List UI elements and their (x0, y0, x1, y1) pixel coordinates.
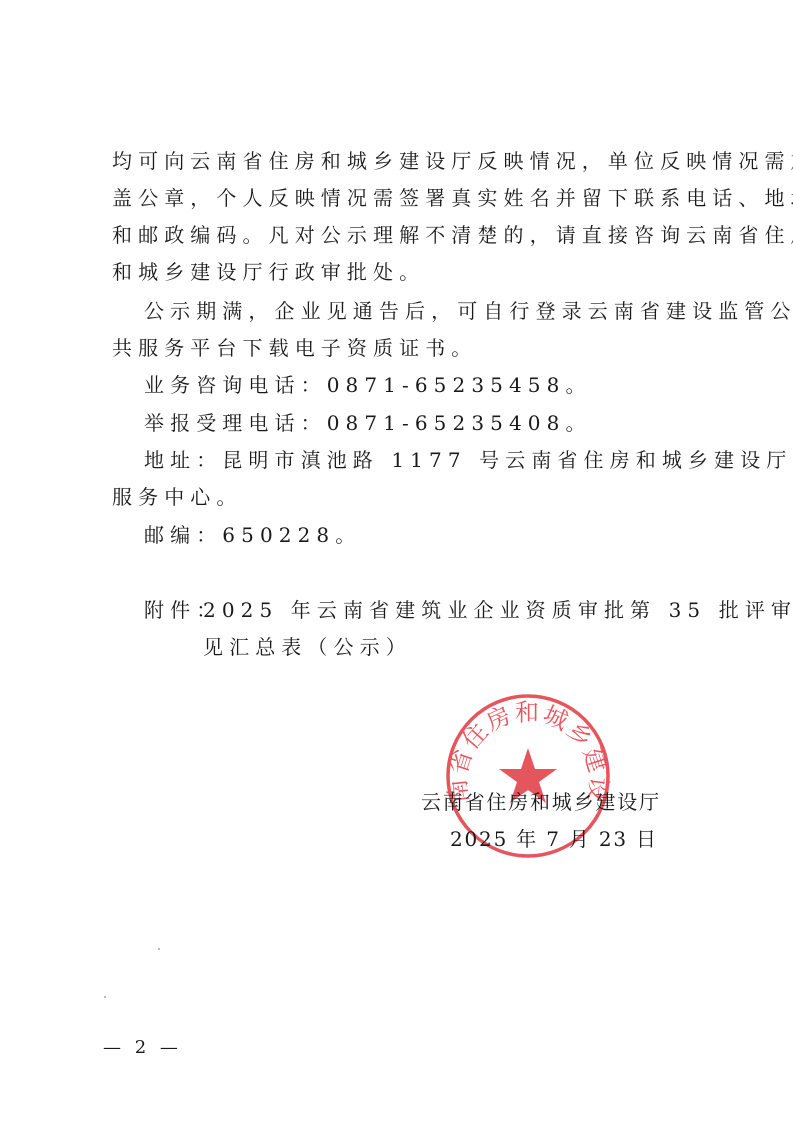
paragraph-2-line-2: 共服务平台下载电子资质证书。 (112, 335, 477, 361)
signature-date: 2025 年 7 月 23 日 (450, 826, 658, 852)
page-number: — 2 — (103, 1037, 182, 1058)
business-phone: 业务咨询电话：0871-65235458。 (144, 372, 592, 398)
report-phone: 举报受理电话：0871-65235408。 (144, 410, 592, 436)
attachment-title-line-1: 2025 年云南省建筑业企业资质审批第 35 批评审意 (203, 597, 793, 623)
paragraph-2-line-1: 公示期满，企业见通告后，可自行登录云南省建设监管公 (144, 298, 793, 324)
document-page: 均可向云南省住房和城乡建设厅反映情况，单位反映情况需加 盖公章，个人反映情况需签… (0, 0, 793, 1122)
address-line-1: 地址：昆明市滇池路 1177 号云南省住房和城乡建设厅政务 (144, 447, 793, 473)
postcode: 邮编：650228。 (144, 522, 361, 548)
scan-speck (158, 948, 160, 950)
paragraph-1-line-1: 均可向云南省住房和城乡建设厅反映情况，单位反映情况需加 (112, 148, 793, 174)
scan-speck (104, 996, 106, 998)
paragraph-1-line-2: 盖公章，个人反映情况需签署真实姓名并留下联系电话、地址 (112, 185, 793, 211)
signature-organization: 云南省住房和城乡建设厅 (421, 789, 661, 815)
attachment-title-line-2: 见汇总表（公示） (203, 634, 412, 660)
address-line-2: 服务中心。 (112, 484, 243, 510)
paragraph-1-line-3: 和邮政编码。凡对公示理解不清楚的，请直接咨询云南省住房 (112, 222, 793, 248)
paragraph-1-line-4: 和城乡建设厅行政审批处。 (112, 259, 425, 285)
